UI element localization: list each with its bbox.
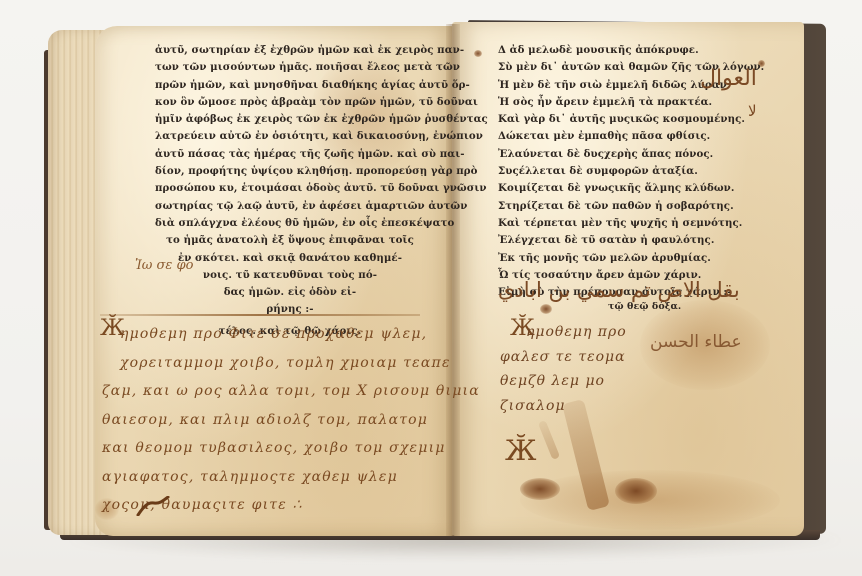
doxology: τῷ θεῷ δόξα. (498, 301, 678, 313)
ink-blot (520, 478, 560, 500)
text-line: Στηρίζεται δὲ τῶν παθῶν ἡ σοβαρότης. (498, 198, 678, 215)
left-page-handwritten-greek: ημοθεμη προ Φιτε σε προχαθεμ ψλεμ, χορει… (102, 320, 480, 520)
text-line: Ἡ μὲν δὲ τῆν σιὼ ἐμμελῆ διδῶς λύραν. (498, 77, 678, 94)
text-line: δίον, προφήτης ὑψίςου κληθήσῃ. προπορεύσ… (155, 163, 425, 180)
text-line: ἀυτῦ, σωτηρίαν ἐξ ἐχθρῶν ἡμῶν καὶ ἐκ χει… (155, 42, 425, 59)
hand-line: και θεομομ τυβασιλεος, χοιβο τομ σχεμιμ (102, 434, 480, 463)
ink-rule-line (100, 314, 420, 316)
left-page-printed-text: ἀυτῦ, σωτηρίαν ἐξ ἐχθρῶν ἡμῶν καὶ ἐκ χει… (155, 42, 425, 340)
hand-line: χορειταμμομ χοιβο, τομλη χμοιαμ τεαπε (102, 349, 480, 378)
ink-squiggle (136, 496, 170, 516)
text-line: διὰ σπλάγχνα ἐλέους θῦ ἡμῶν, ἐν οἷς ἐπεσ… (155, 215, 425, 232)
right-page-handwritten-greek: ημοθεμη προ φαλεσ τε τεομα θεμζθ λεμ μο … (500, 320, 627, 418)
text-line: ἐν σκότει. καὶ σκιᾷ θανάτου καθημέ- (155, 250, 425, 267)
arabic-annotation-main: بقل الاض تم سمي بن ابادي (498, 278, 740, 302)
handwritten-monogram: Ӂ (505, 434, 536, 467)
text-line: πρῶν ἡμῶν, καὶ μνησθῆναι διαθήκης ἁγίας … (155, 77, 425, 94)
text-line: ἀυτῦ πάσας τὰς ἡμέρας τῆς ζωῆς ἡμῶν. καὶ… (155, 146, 425, 163)
text-line: ἡμῖν ἀφόβως ἐκ χειρὸς τῶν ἐκ ἐχθρῶν ἡμῶν… (155, 111, 425, 128)
right-page-printed-text: Δ ἀδ μελωδὲ μουσικῆς ἀπόκρυφε. Σὺ μὲν δι… (498, 42, 678, 313)
text-line: κον ὃν ὤμοσε πρὸς ἀβραὰμ τὸν πρῶν ἡμῶν, … (155, 94, 425, 111)
text-line: νοις. τῦ κατευθῦναι τοὺς πό- (155, 267, 425, 284)
text-line: δας ἡμῶν. εἰς ὁδὸν εἰ- (155, 284, 425, 301)
text-line: Συςέλλεται δὲ συμφορῶν ἀταξία. (498, 163, 678, 180)
hand-line: φαλεσ τε τεομα (500, 345, 627, 370)
text-line: Καὶ γὰρ δι᾽ ἀυτῆς μυςικῶς κοσμουμένης. (498, 111, 678, 128)
arabic-annotation-side: عطاء الحسن (650, 332, 742, 352)
text-line: Ἐλέγχεται δὲ τῦ σατὰν ἡ φαυλότης. (498, 232, 678, 249)
arabic-annotation-corner: العوال (700, 66, 757, 91)
text-line: Κοιμίζεται δὲ γνωςικῆς ἅλμης κλύδων. (498, 180, 678, 197)
text-line: λατρεύειν αὐτῶ ἐν ὁσιότητι, καὶ δικαιοσύ… (155, 128, 425, 145)
text-line: Καὶ τέρπεται μὲν τῆς ψυχῆς ἡ σεμνότης. (498, 215, 678, 232)
text-line: Σὺ μὲν δι᾽ ἀυτῶν καὶ θαμῶν ζῆς τῶν λόγων… (498, 59, 678, 76)
hand-line: θαιεσομ, και πλιμ αδιολζ τομ, παλατομ (102, 406, 480, 435)
text-line: Ἡ σὸς ἦν ἄρειν ἐμμελῆ τὰ πρακτέα. (498, 94, 678, 111)
text-line: Δώκεται μὲν ἐμπαθὴς πᾶσα φθίσις. (498, 128, 678, 145)
text-line: Ἐλαύνεται δὲ δυςχερὴς ἅπας πόνος. (498, 146, 678, 163)
text-line: Δ ἀδ μελωδὲ μουσικῆς ἀπόκρυφε. (498, 42, 678, 59)
text-line: το ἡμᾶς ἀνατολὴ ἐξ ὕψους ἐπιφᾶναι τοῖς (155, 232, 425, 249)
text-line: προσώπου κυ, ἑτοιμάσαι ὁδοὺς ἀυτῦ. τῦ δο… (155, 180, 425, 197)
text-line: σωτηρίας τῷ λαῷ ἀυτῦ, ἐν ἀφέσει ἁμαρτιῶν… (155, 198, 425, 215)
hand-line: ζισαλομ (500, 394, 627, 419)
hand-line: ημοθεμη προ Φιτε σε προχαθεμ ψλεμ, (102, 320, 480, 349)
hand-line: θεμζθ λεμ μο (500, 369, 627, 394)
text-line: των τῶν μισούντων ἡμᾶς. ποιῆσαι ἔλεος με… (155, 59, 425, 76)
handwritten-signature: Ἰω σε φο (135, 258, 193, 273)
ink-dot (474, 50, 482, 57)
hand-line: αγιαφατος, ταλημμοςτε χαθεμ ψλεμ (102, 463, 480, 492)
hand-line: ημοθεμη προ (500, 320, 627, 345)
hand-line: ζαμ, και ω ρος αλλα τομι, τομ Χ ρισουμ θ… (102, 377, 480, 406)
text-line: Ἐκ τῆς μονῆς τῶν μελῶν ἀρυθμίας. (498, 250, 678, 267)
text-line: ρήνης :- (155, 301, 425, 318)
arabic-annotation-small: لا (748, 102, 757, 120)
ink-blot (615, 478, 657, 504)
